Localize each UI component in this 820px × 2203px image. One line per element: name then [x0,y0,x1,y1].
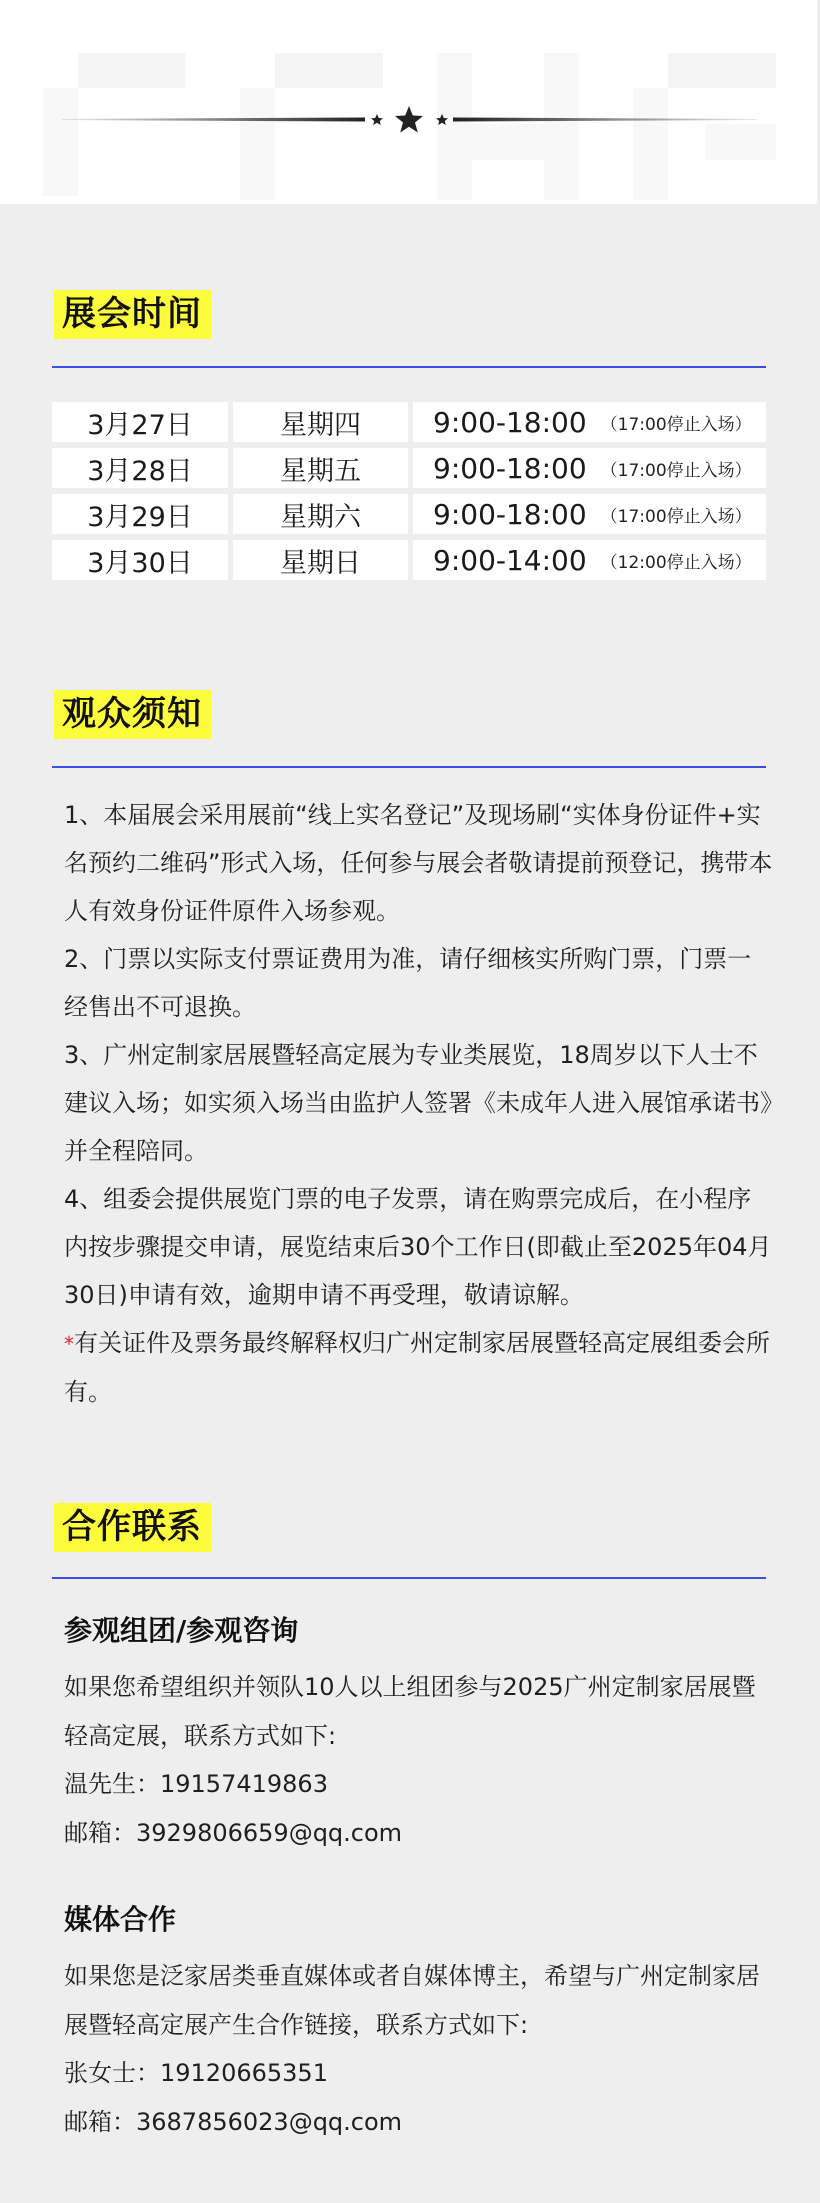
notice-footnote: *有关证件及票务最终解释权归广州定制家居展暨轻高定展组委会所有。 [64,1319,774,1416]
small-star-icon [436,114,448,125]
contact-email: 邮箱：3687856023@qq.com [64,2098,774,2147]
hours-cell: 9:00-18:00 （17:00停止入场） [413,494,766,534]
weekday-cell: 星期六 [233,494,408,534]
last-entry-note: （17:00停止入场） [601,410,752,435]
notice-item: 2、门票以实际支付票证费用为准，请仔细核实所购门票，门票一经售出不可退换。 [64,935,774,1031]
date-cell: 3月28日 [52,448,228,488]
big-star-icon [395,106,423,133]
section-divider [52,366,766,368]
small-star-icon [371,114,383,125]
contact-person: 温先生：19157419863 [64,1760,774,1809]
bg-block [668,53,776,88]
last-entry-note: （17:00停止入场） [601,502,752,527]
divider-with-stars-icon [60,104,760,136]
asterisk-icon: * [64,1332,74,1356]
date-cell: 3月29日 [52,494,228,534]
contact-heading: 参观组团/参观咨询 [64,1611,774,1651]
schedule-row: 3月27日 星期四 9:00-18:00 （17:00停止入场） [52,402,766,442]
contact-group-media: 媒体合作 如果您是泛家居类垂直媒体或者自媒体博主，希望与广州定制家居展暨轻高定展… [64,1900,774,2146]
contact-group-visit: 参观组团/参观咨询 如果您希望组织并领队10人以上组团参与2025广州定制家居展… [64,1611,774,1857]
footnote-text: 有关证件及票务最终解释权归广州定制家居展暨轻高定展组委会所有。 [64,1329,770,1406]
contact-person: 张女士：19120665351 [64,2049,774,2098]
notice-item: 3、广州定制家居展暨轻高定展为专业类展览，18周岁以下人士不建议入场；如实须入场… [64,1031,774,1175]
date-cell: 3月30日 [52,540,228,580]
hours-cell: 9:00-18:00 （17:00停止入场） [413,402,766,442]
contact-description: 如果您是泛家居类垂直媒体或者自媒体博主，希望与广州定制家居展暨轻高定展产生合作链… [64,1952,774,2049]
hours-text: 9:00-14:00 [433,544,587,577]
hours-text: 9:00-18:00 [433,406,587,439]
hours-text: 9:00-18:00 [433,498,587,531]
date-cell: 3月27日 [52,402,228,442]
section-title-schedule: 展会时间 [54,290,211,339]
schedule-row: 3月30日 星期日 9:00-14:00 （12:00停止入场） [52,540,766,580]
hours-cell: 9:00-14:00 （12:00停止入场） [413,540,766,580]
contact-description: 如果您希望组织并领队10人以上组团参与2025广州定制家居展暨轻高定展，联系方式… [64,1663,774,1760]
hero-banner [0,0,817,204]
section-title-notice: 观众须知 [54,690,211,739]
weekday-cell: 星期五 [233,448,408,488]
bg-block [275,53,383,88]
section-divider [52,1577,766,1579]
weekday-cell: 星期四 [233,402,408,442]
last-entry-note: （17:00停止入场） [601,456,752,481]
section-title-contact: 合作联系 [54,1503,211,1552]
notice-list: 1、本届展会采用展前“线上实名登记”及现场刷“实体身份证件+实名预约二维码”形式… [64,791,774,1416]
notice-item: 4、组委会提供展览门票的电子发票，请在购票完成后，在小程序内按步骤提交申请，展览… [64,1175,774,1319]
hours-cell: 9:00-18:00 （17:00停止入场） [413,448,766,488]
bg-block [78,53,185,88]
weekday-cell: 星期日 [233,540,408,580]
hours-text: 9:00-18:00 [433,452,587,485]
last-entry-note: （12:00停止入场） [601,548,752,573]
section-divider [52,766,766,768]
schedule-table: 3月27日 星期四 9:00-18:00 （17:00停止入场） 3月28日 星… [52,402,766,586]
notice-item: 1、本届展会采用展前“线上实名登记”及现场刷“实体身份证件+实名预约二维码”形式… [64,791,774,935]
schedule-row: 3月28日 星期五 9:00-18:00 （17:00停止入场） [52,448,766,488]
contact-email: 邮箱：3929806659@qq.com [64,1809,774,1858]
contact-heading: 媒体合作 [64,1900,774,1940]
schedule-row: 3月29日 星期六 9:00-18:00 （17:00停止入场） [52,494,766,534]
